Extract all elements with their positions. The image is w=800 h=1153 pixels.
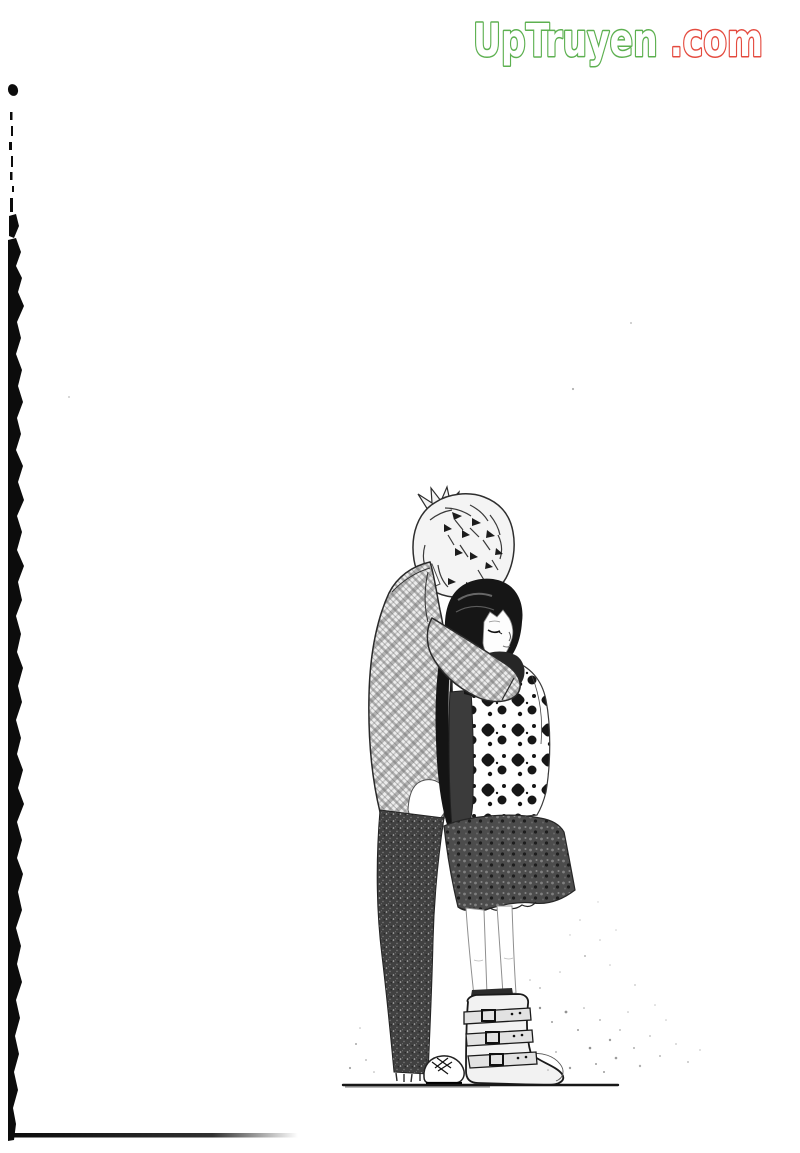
watermark-site-name: UpTruyen: [473, 14, 658, 67]
man-pants: [377, 810, 444, 1082]
manga-artwork: UpTruyen .com: [0, 0, 800, 1153]
couple-illustration: [343, 487, 701, 1087]
watermark-domain: .com: [670, 14, 763, 67]
scan-torn-edge: [6, 83, 298, 1141]
girl-legs: [466, 906, 516, 996]
man-sneaker: [424, 1056, 464, 1083]
scan-specks: [68, 322, 632, 398]
scan-bottom-line: [13, 1133, 298, 1138]
svg-text:UpTruyen .com: UpTruyen .com: [473, 14, 763, 67]
manga-page: UpTruyen .com: [0, 0, 800, 1153]
watermark: UpTruyen .com: [473, 14, 763, 67]
girl-lace-skirt: [444, 815, 575, 911]
